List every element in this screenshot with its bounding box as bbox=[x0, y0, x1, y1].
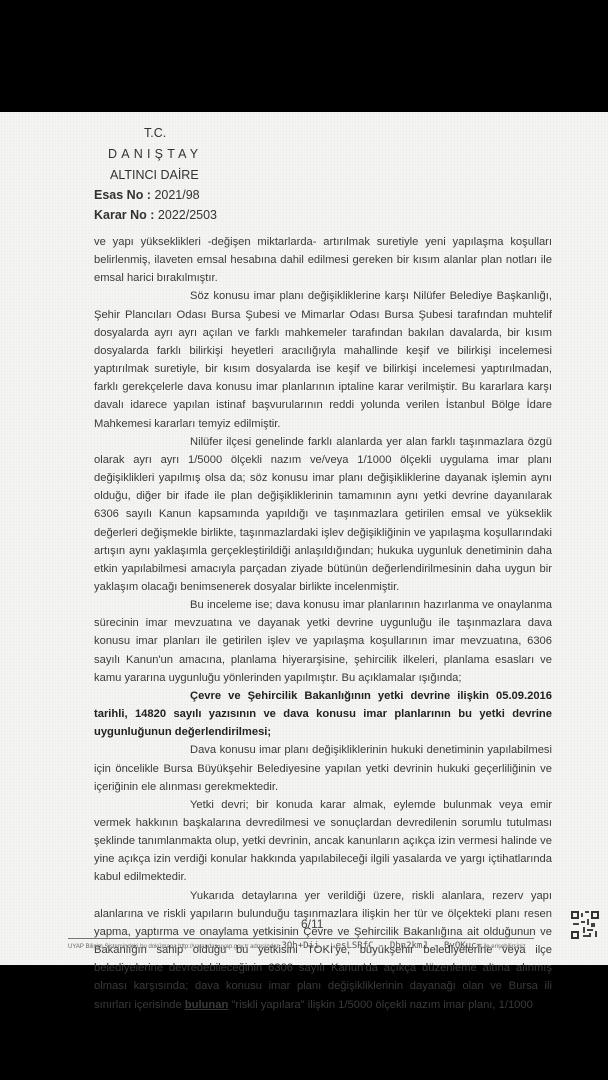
header-chamber: ALTINCI DAİRE bbox=[110, 168, 199, 182]
paragraph: Bu inceleme ise; dava konusu imar planla… bbox=[94, 596, 552, 687]
paragraph: Söz konusu imar planı değişikliklerine k… bbox=[94, 287, 552, 432]
header-karar: Karar No : 2022/2503 bbox=[94, 208, 217, 222]
karar-value: 2022/2503 bbox=[158, 208, 217, 222]
document-page: T.C. DANIŞTAY ALTINCI DAİRE Esas No : 20… bbox=[0, 112, 608, 965]
karar-label: Karar No : bbox=[94, 208, 154, 222]
esas-value: 2021/98 bbox=[154, 188, 199, 202]
esas-label: Esas No : bbox=[94, 188, 151, 202]
footer-suffix: ile erişebilirsiniz bbox=[484, 944, 526, 950]
header-court: DANIŞTAY bbox=[108, 147, 202, 161]
footer-divider bbox=[68, 938, 534, 939]
paragraph: Nilüfer ilçesi genelinde farklı alanlard… bbox=[94, 433, 552, 596]
paragraph: ve yapı yükseklikleri -değişen miktarlar… bbox=[94, 233, 552, 287]
section-heading: Çevre ve Şehircilik Bakanlığının yetki d… bbox=[94, 687, 552, 741]
qr-code-icon bbox=[571, 911, 599, 939]
page-number: 6/11 bbox=[301, 917, 323, 931]
header-tc: T.C. bbox=[144, 126, 166, 140]
header-esas: Esas No : 2021/98 bbox=[94, 188, 200, 202]
footer-text: UYAP Bilişim Sistemindeki bu dokümana ht… bbox=[68, 944, 280, 950]
footer: UYAP Bilişim Sistemindeki bu dokümana ht… bbox=[68, 941, 538, 951]
document-body: ve yapı yükseklikleri -değişen miktarlar… bbox=[94, 233, 552, 1014]
paragraph: Dava konusu imar planı değişikliklerinin… bbox=[94, 741, 552, 795]
underlined-word: bulunan bbox=[185, 999, 229, 1011]
verification-code: 3Qh+Dii - esLSRfC - Dbn2kmJ - BvOKuc= bbox=[281, 941, 481, 951]
paragraph: Yetki devri; bir konuda karar almak, eyl… bbox=[94, 796, 552, 887]
